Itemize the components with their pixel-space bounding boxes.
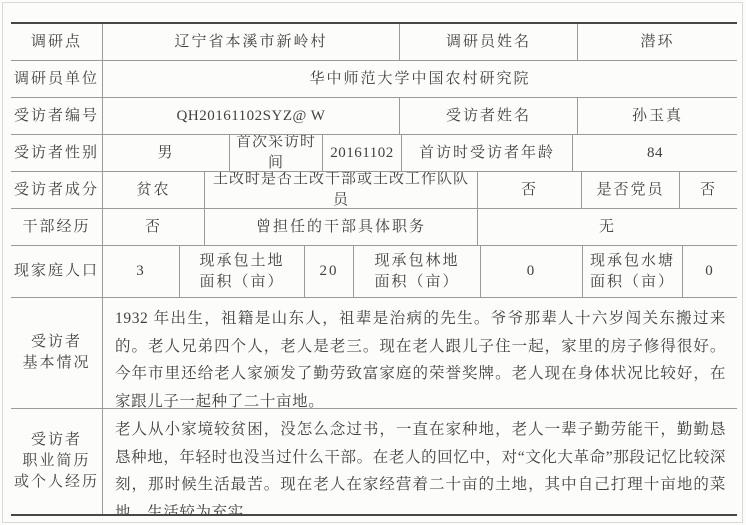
- cadre-position-value: 无: [477, 209, 737, 245]
- table-row-family-land: 现家庭人口 3 现承包土地 面积（亩） 20 现承包林地 面积（亩） 0 现承包…: [11, 246, 737, 298]
- table-row-career-history: 受访者 职业简历 或个人经历 老人从小家境较贫困，没怎么念过书，一直在家种地，老…: [11, 409, 737, 514]
- respondent-id-label: 受访者编号: [11, 98, 102, 134]
- contracted-pond-value: 0: [682, 246, 737, 297]
- investigator-unit-value: 华中师范大学中国农村研究院: [102, 61, 737, 97]
- land-reform-cadre-label: 土改时是否土改干部或土改工作队队员: [204, 172, 477, 208]
- investigator-name-value: 潜环: [577, 24, 737, 60]
- respondent-class-label: 受访者成分: [11, 172, 102, 208]
- survey-site-value: 辽宁省本溪市新岭村: [102, 24, 399, 60]
- contracted-land-value: 20: [304, 246, 353, 297]
- career-history-label: 受访者 职业简历 或个人经历: [11, 409, 102, 514]
- age-at-first-visit-label: 首访时受访者年龄: [401, 135, 572, 171]
- family-size-label: 现家庭人口: [11, 246, 102, 297]
- respondent-name-label: 受访者姓名: [399, 98, 577, 134]
- table-row-gender-date-age: 受访者性别 男 首次采访时间 20161102 首访时受访者年龄 84: [11, 135, 737, 172]
- basic-info-label: 受访者 基本情况: [11, 298, 102, 408]
- cadre-experience-label: 干部经历: [11, 209, 102, 245]
- basic-info-text: 1932 年出生，祖籍是山东人，祖辈是治病的先生。爷爷那辈人十六岁闯关东搬过来的…: [102, 298, 737, 408]
- investigator-name-label: 调研员姓名: [399, 24, 577, 60]
- survey-site-label: 调研点: [11, 24, 102, 60]
- land-reform-cadre-value: 否: [477, 172, 581, 208]
- respondent-class-value: 贫农: [102, 172, 204, 208]
- table-row-investigator-unit: 调研员单位 华中师范大学中国农村研究院: [11, 61, 737, 98]
- cadre-experience-value: 否: [102, 209, 204, 245]
- table-row-cadre-experience: 干部经历 否 曾担任的干部具体职务 无: [11, 209, 737, 246]
- cadre-position-label: 曾担任的干部具体职务: [204, 209, 477, 245]
- investigator-unit-label: 调研员单位: [11, 61, 102, 97]
- table-row-basic-info: 受访者 基本情况 1932 年出生，祖籍是山东人，祖辈是治病的先生。爷爷那辈人十…: [11, 298, 737, 409]
- table-row-class-party: 受访者成分 贫农 土改时是否土改干部或土改工作队队员 否 是否党员 否: [11, 172, 737, 209]
- first-interview-date-label: 首次采访时间: [229, 135, 322, 171]
- interview-info-table: 调研点 辽宁省本溪市新岭村 调研员姓名 潜环 调研员单位 华中师范大学中国农村研…: [11, 22, 737, 516]
- contracted-land-label: 现承包土地 面积（亩）: [179, 246, 304, 297]
- party-member-value: 否: [679, 172, 737, 208]
- respondent-gender-value: 男: [102, 135, 229, 171]
- table-row-survey-site: 调研点 辽宁省本溪市新岭村 调研员姓名 潜环: [11, 24, 737, 61]
- party-member-label: 是否党员: [581, 172, 679, 208]
- family-size-value: 3: [102, 246, 179, 297]
- contracted-forest-value: 0: [480, 246, 582, 297]
- contracted-pond-label: 现承包水塘 面积（亩）: [582, 246, 682, 297]
- contracted-forest-label: 现承包林地 面积（亩）: [353, 246, 480, 297]
- respondent-name-value: 孙玉真: [577, 98, 737, 134]
- age-at-first-visit-value: 84: [572, 135, 737, 171]
- respondent-id-value: QH20161102SYZ@ W: [102, 98, 399, 134]
- career-history-text: 老人从小家境较贫困，没怎么念过书，一直在家种地，老人一辈子勤劳能干，勤勤恳恳种地…: [102, 409, 737, 514]
- respondent-gender-label: 受访者性别: [11, 135, 102, 171]
- first-interview-date-value: 20161102: [322, 135, 401, 171]
- table-row-respondent-id: 受访者编号 QH20161102SYZ@ W 受访者姓名 孙玉真: [11, 98, 737, 135]
